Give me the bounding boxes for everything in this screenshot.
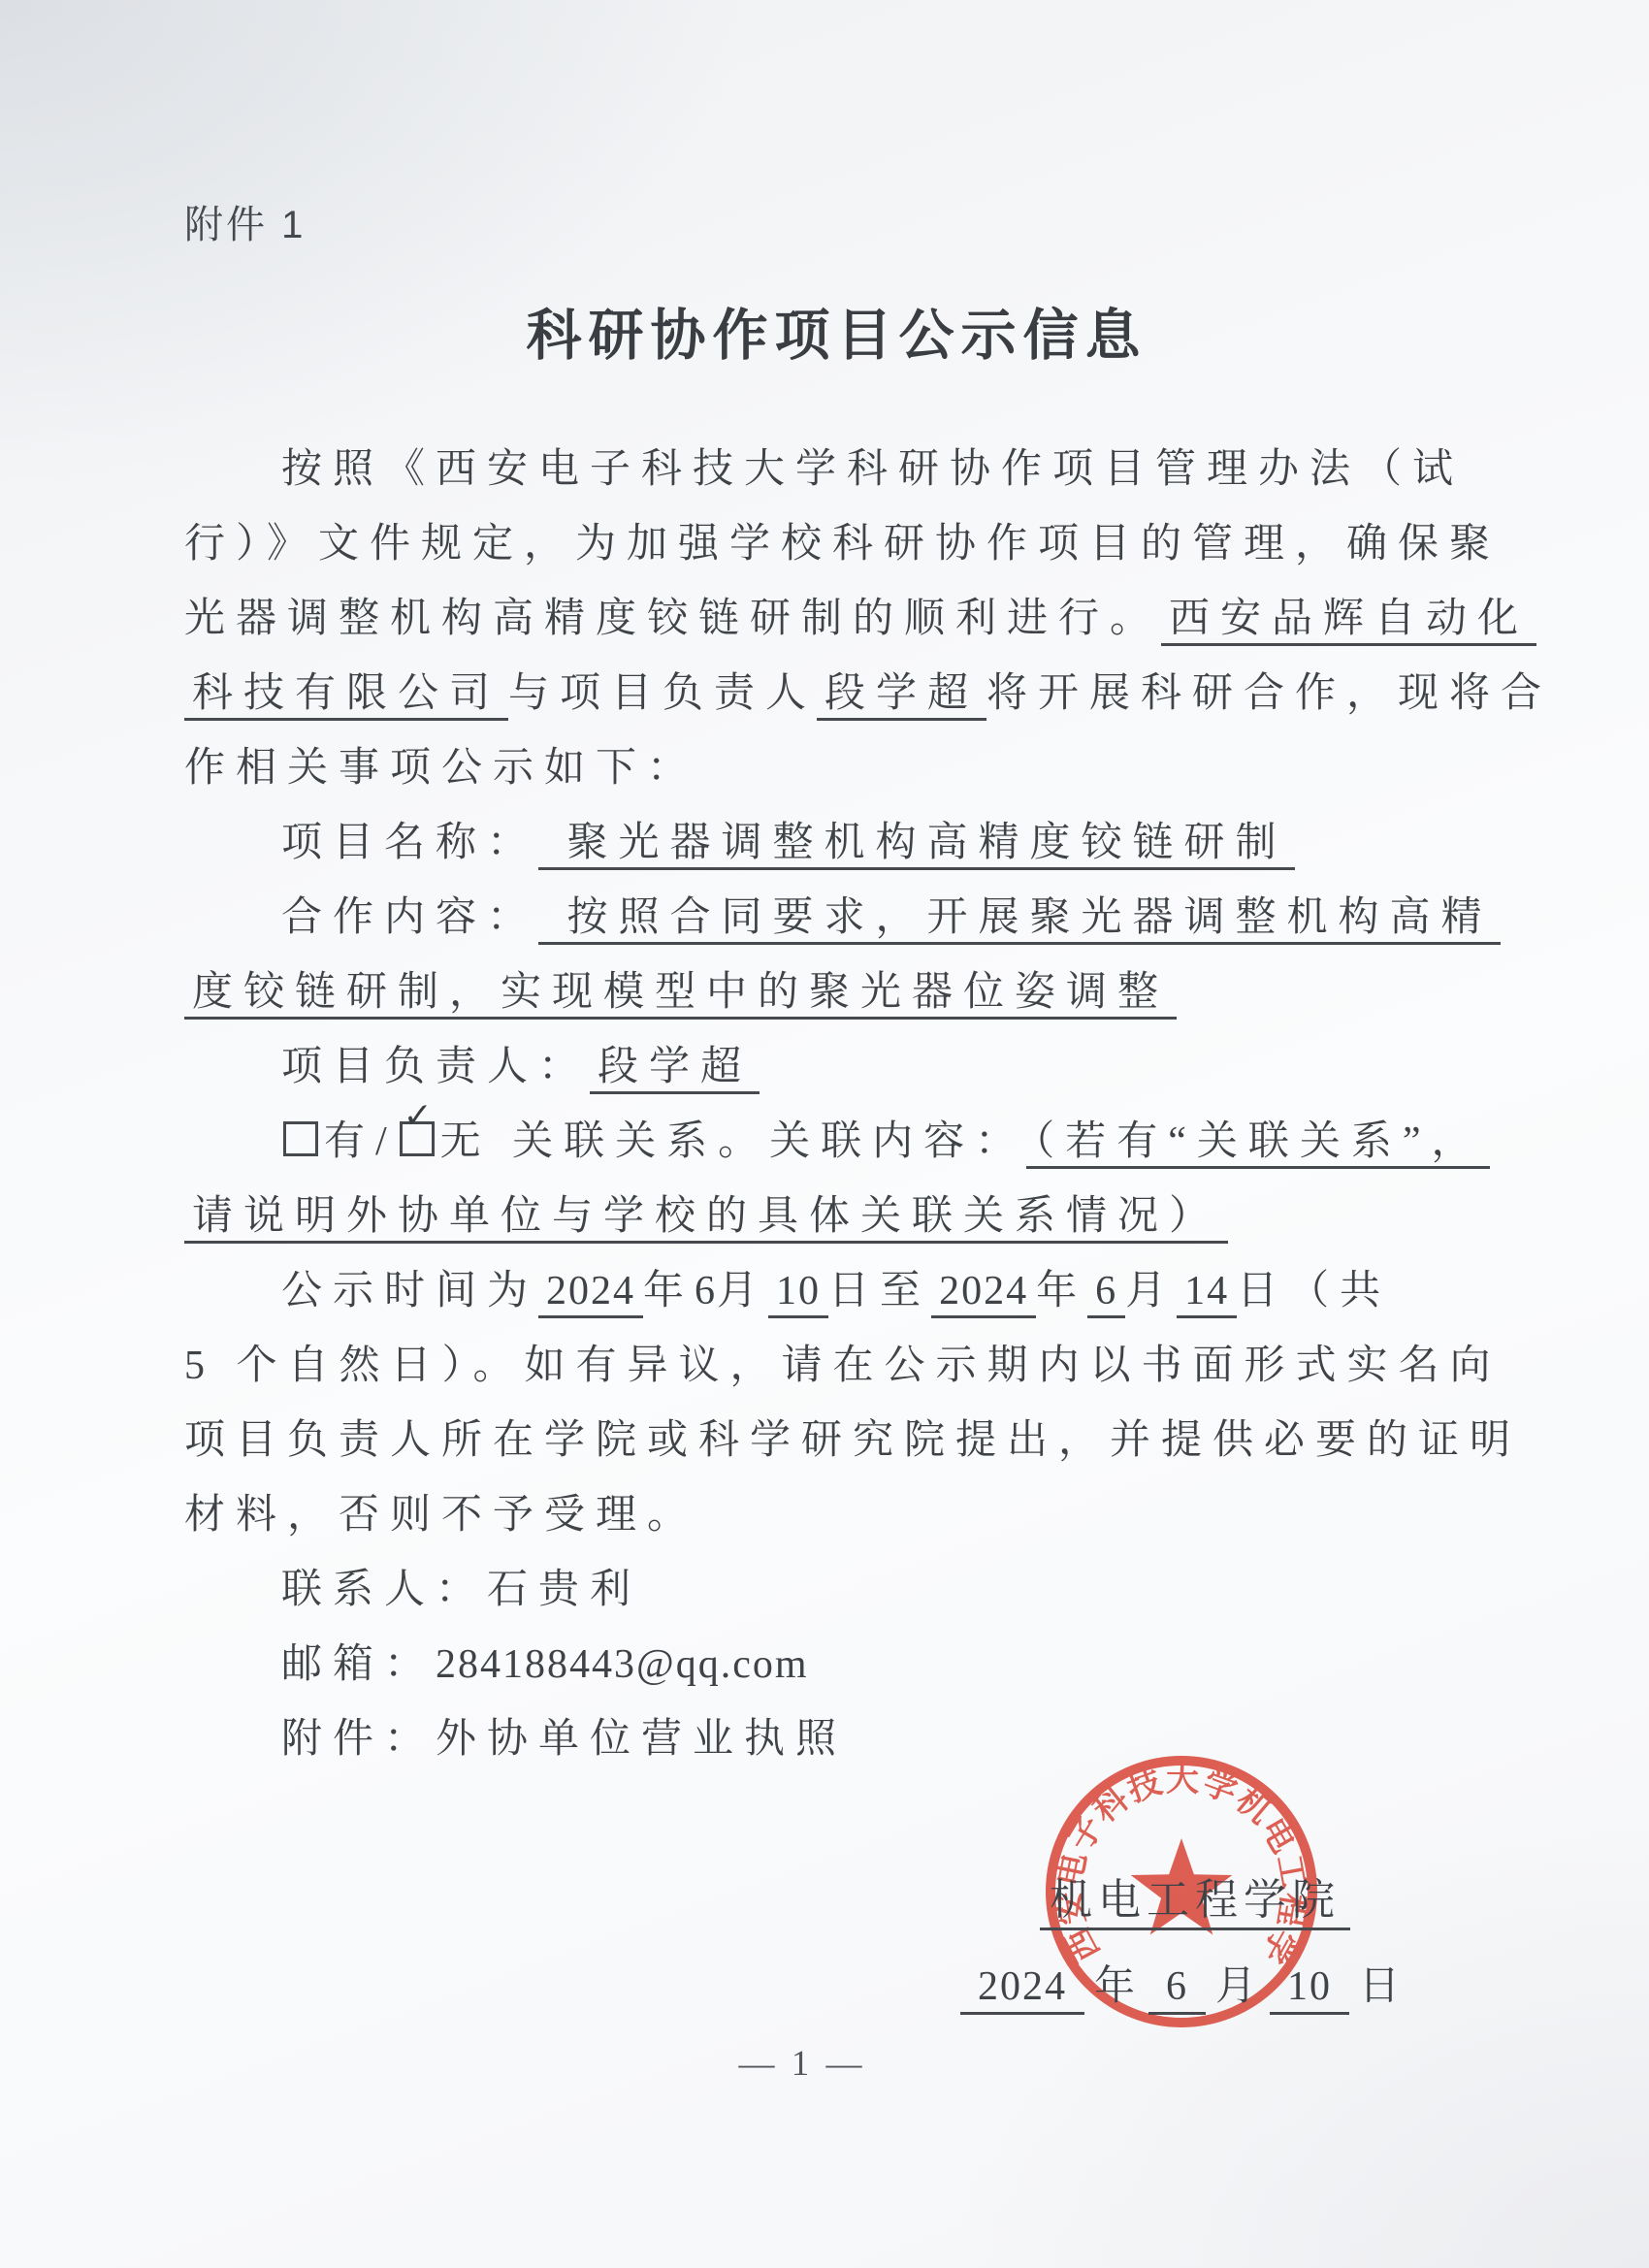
text-line: 有/✓无 关联关系。关联内容：（若有“关联关系”， xyxy=(184,1105,1542,1180)
signature-date: 2024年6月10日 xyxy=(955,1954,1408,2012)
text-run: 无 关联关系。关联内容： xyxy=(440,1119,1027,1164)
text-run: 光器调整机构高精度铰链研制的顺利进行。 xyxy=(184,597,1161,641)
text-run: 年 xyxy=(1036,1269,1087,1313)
text-line: 度铰链研制，实现模型中的聚光器位姿调整 xyxy=(184,956,1542,1030)
text-line: 合作内容： 按照合同要求，开展聚光器调整机构高精 xyxy=(184,881,1542,956)
text-run: 年 xyxy=(1094,1964,1139,2009)
text-line: 按照《西安电子科技大学科研协作项目管理办法（试 xyxy=(184,433,1542,507)
text-line: 请说明外协单位与学校的具体关联关系情况） xyxy=(184,1180,1542,1254)
underlined-text: 2024 xyxy=(538,1269,643,1318)
check-mark: ✓ xyxy=(404,1099,433,1134)
text-run: 项目名称： xyxy=(281,821,538,865)
underlined-text: 10 xyxy=(1270,1964,1349,2015)
underlined-text: （若有“关联关系”， xyxy=(1026,1119,1490,1169)
text-run: 项目负责人所在学院或科学研究院提出，并提供必要的证明 xyxy=(184,1418,1521,1463)
underlined-text: 2024 xyxy=(960,1964,1084,2015)
text-run: 邮箱： xyxy=(281,1642,436,1687)
text-run: 联系人：石贵利 xyxy=(281,1568,641,1612)
page-number: — 1 — xyxy=(0,2043,1649,2085)
text-run: 5 个自然日）。如有异议，请在公示期内以书面形式实名向 xyxy=(184,1344,1502,1388)
text-line: 项目名称： 聚光器调整机构高精度铰链研制 xyxy=(184,806,1542,881)
text-run: 年 xyxy=(643,1269,695,1313)
text-line: 作相关事项公示如下： xyxy=(184,731,1542,806)
text-run: 有/ xyxy=(324,1119,398,1164)
underlined-text: 聚光器调整机构高精度铰链研制 xyxy=(538,821,1295,870)
text-run: 将开展科研合作，现将合 xyxy=(986,671,1552,716)
underlined-text: 机电工程学院 xyxy=(1040,1876,1350,1930)
text-run: 行）》文件规定，为加强学校科研协作项目的管理，确保聚 xyxy=(184,522,1501,567)
attachment-label: 附件 1 xyxy=(184,194,306,249)
text-line: 项目负责人所在学院或科学研究院提出，并提供必要的证明 xyxy=(184,1404,1542,1478)
text-line: 5 个自然日）。如有异议，请在公示期内以书面形式实名向 xyxy=(184,1329,1542,1404)
text-run: 日（共 xyxy=(1237,1269,1391,1313)
text-line: 公示时间为2024年6月10日至2024年6月14日（共 xyxy=(184,1254,1542,1329)
document-body: 按照《西安电子科技大学科研协作项目管理办法（试行）》文件规定，为加强学校科研协作… xyxy=(184,433,1542,1777)
text-line: 科技有限公司与项目负责人段学超将开展科研合作，现将合 xyxy=(184,657,1542,731)
text-run: 月 xyxy=(717,1269,768,1313)
underlined-text: 6 xyxy=(1148,1964,1206,2015)
underlined-text: 6 xyxy=(1087,1269,1125,1318)
underlined-text: 度铰链研制，实现模型中的聚光器位姿调整 xyxy=(184,970,1177,1020)
text-line: 联系人：石贵利 xyxy=(184,1553,1542,1628)
underlined-text: 段学超 xyxy=(817,671,986,721)
text-run: 日 xyxy=(1359,1964,1404,2009)
underlined-text: 14 xyxy=(1177,1269,1237,1318)
text-run: 项目负责人： xyxy=(281,1045,590,1089)
page-title: 科研协作项目公示信息 xyxy=(184,291,1489,371)
underlined-text: 科技有限公司 xyxy=(184,671,508,721)
text-line: 项目负责人：段学超 xyxy=(184,1030,1542,1105)
checkbox-checked-icon: ✓ xyxy=(400,1121,435,1156)
underlined-text: 西安品辉自动化 xyxy=(1161,597,1536,646)
text-run: 按照《西安电子科技大学科研协作项目管理办法（试 xyxy=(281,447,1464,492)
text-line: 行）》文件规定，为加强学校科研协作项目的管理，确保聚 xyxy=(184,507,1542,582)
text-line: 邮箱：284188443@qq.com xyxy=(184,1628,1542,1702)
text-run: 月 xyxy=(1125,1269,1177,1313)
underlined-text: 2024 xyxy=(931,1269,1036,1318)
text-run: 作相关事项公示如下： xyxy=(184,746,698,791)
text-run: 284188443@qq.com xyxy=(436,1642,809,1687)
text-line: 光器调整机构高精度铰链研制的顺利进行。西安品辉自动化 xyxy=(184,582,1542,657)
text-run: 附件：外协单位营业执照 xyxy=(281,1717,847,1762)
text-run: 月 xyxy=(1215,1964,1260,2009)
text-run: 日至 xyxy=(828,1269,931,1313)
signature-department: 机电工程学院 xyxy=(1040,1864,1350,1927)
text-run: 与项目负责人 xyxy=(508,671,817,716)
underlined-text: 按照合同要求，开展聚光器调整机构高精 xyxy=(538,895,1501,945)
underlined-text: 段学超 xyxy=(590,1045,760,1094)
text-run: 合作内容： xyxy=(281,895,538,940)
text-run: 6 xyxy=(695,1269,717,1313)
text-line: 材料，否则不予受理。 xyxy=(184,1478,1542,1553)
checkbox-unchecked-icon xyxy=(283,1121,318,1156)
underlined-text: 请说明外协单位与学校的具体关联关系情况） xyxy=(184,1194,1228,1244)
text-run: 公示时间为 xyxy=(281,1269,538,1313)
text-run: 材料，否则不予受理。 xyxy=(184,1493,698,1538)
underlined-text: 10 xyxy=(768,1269,828,1318)
